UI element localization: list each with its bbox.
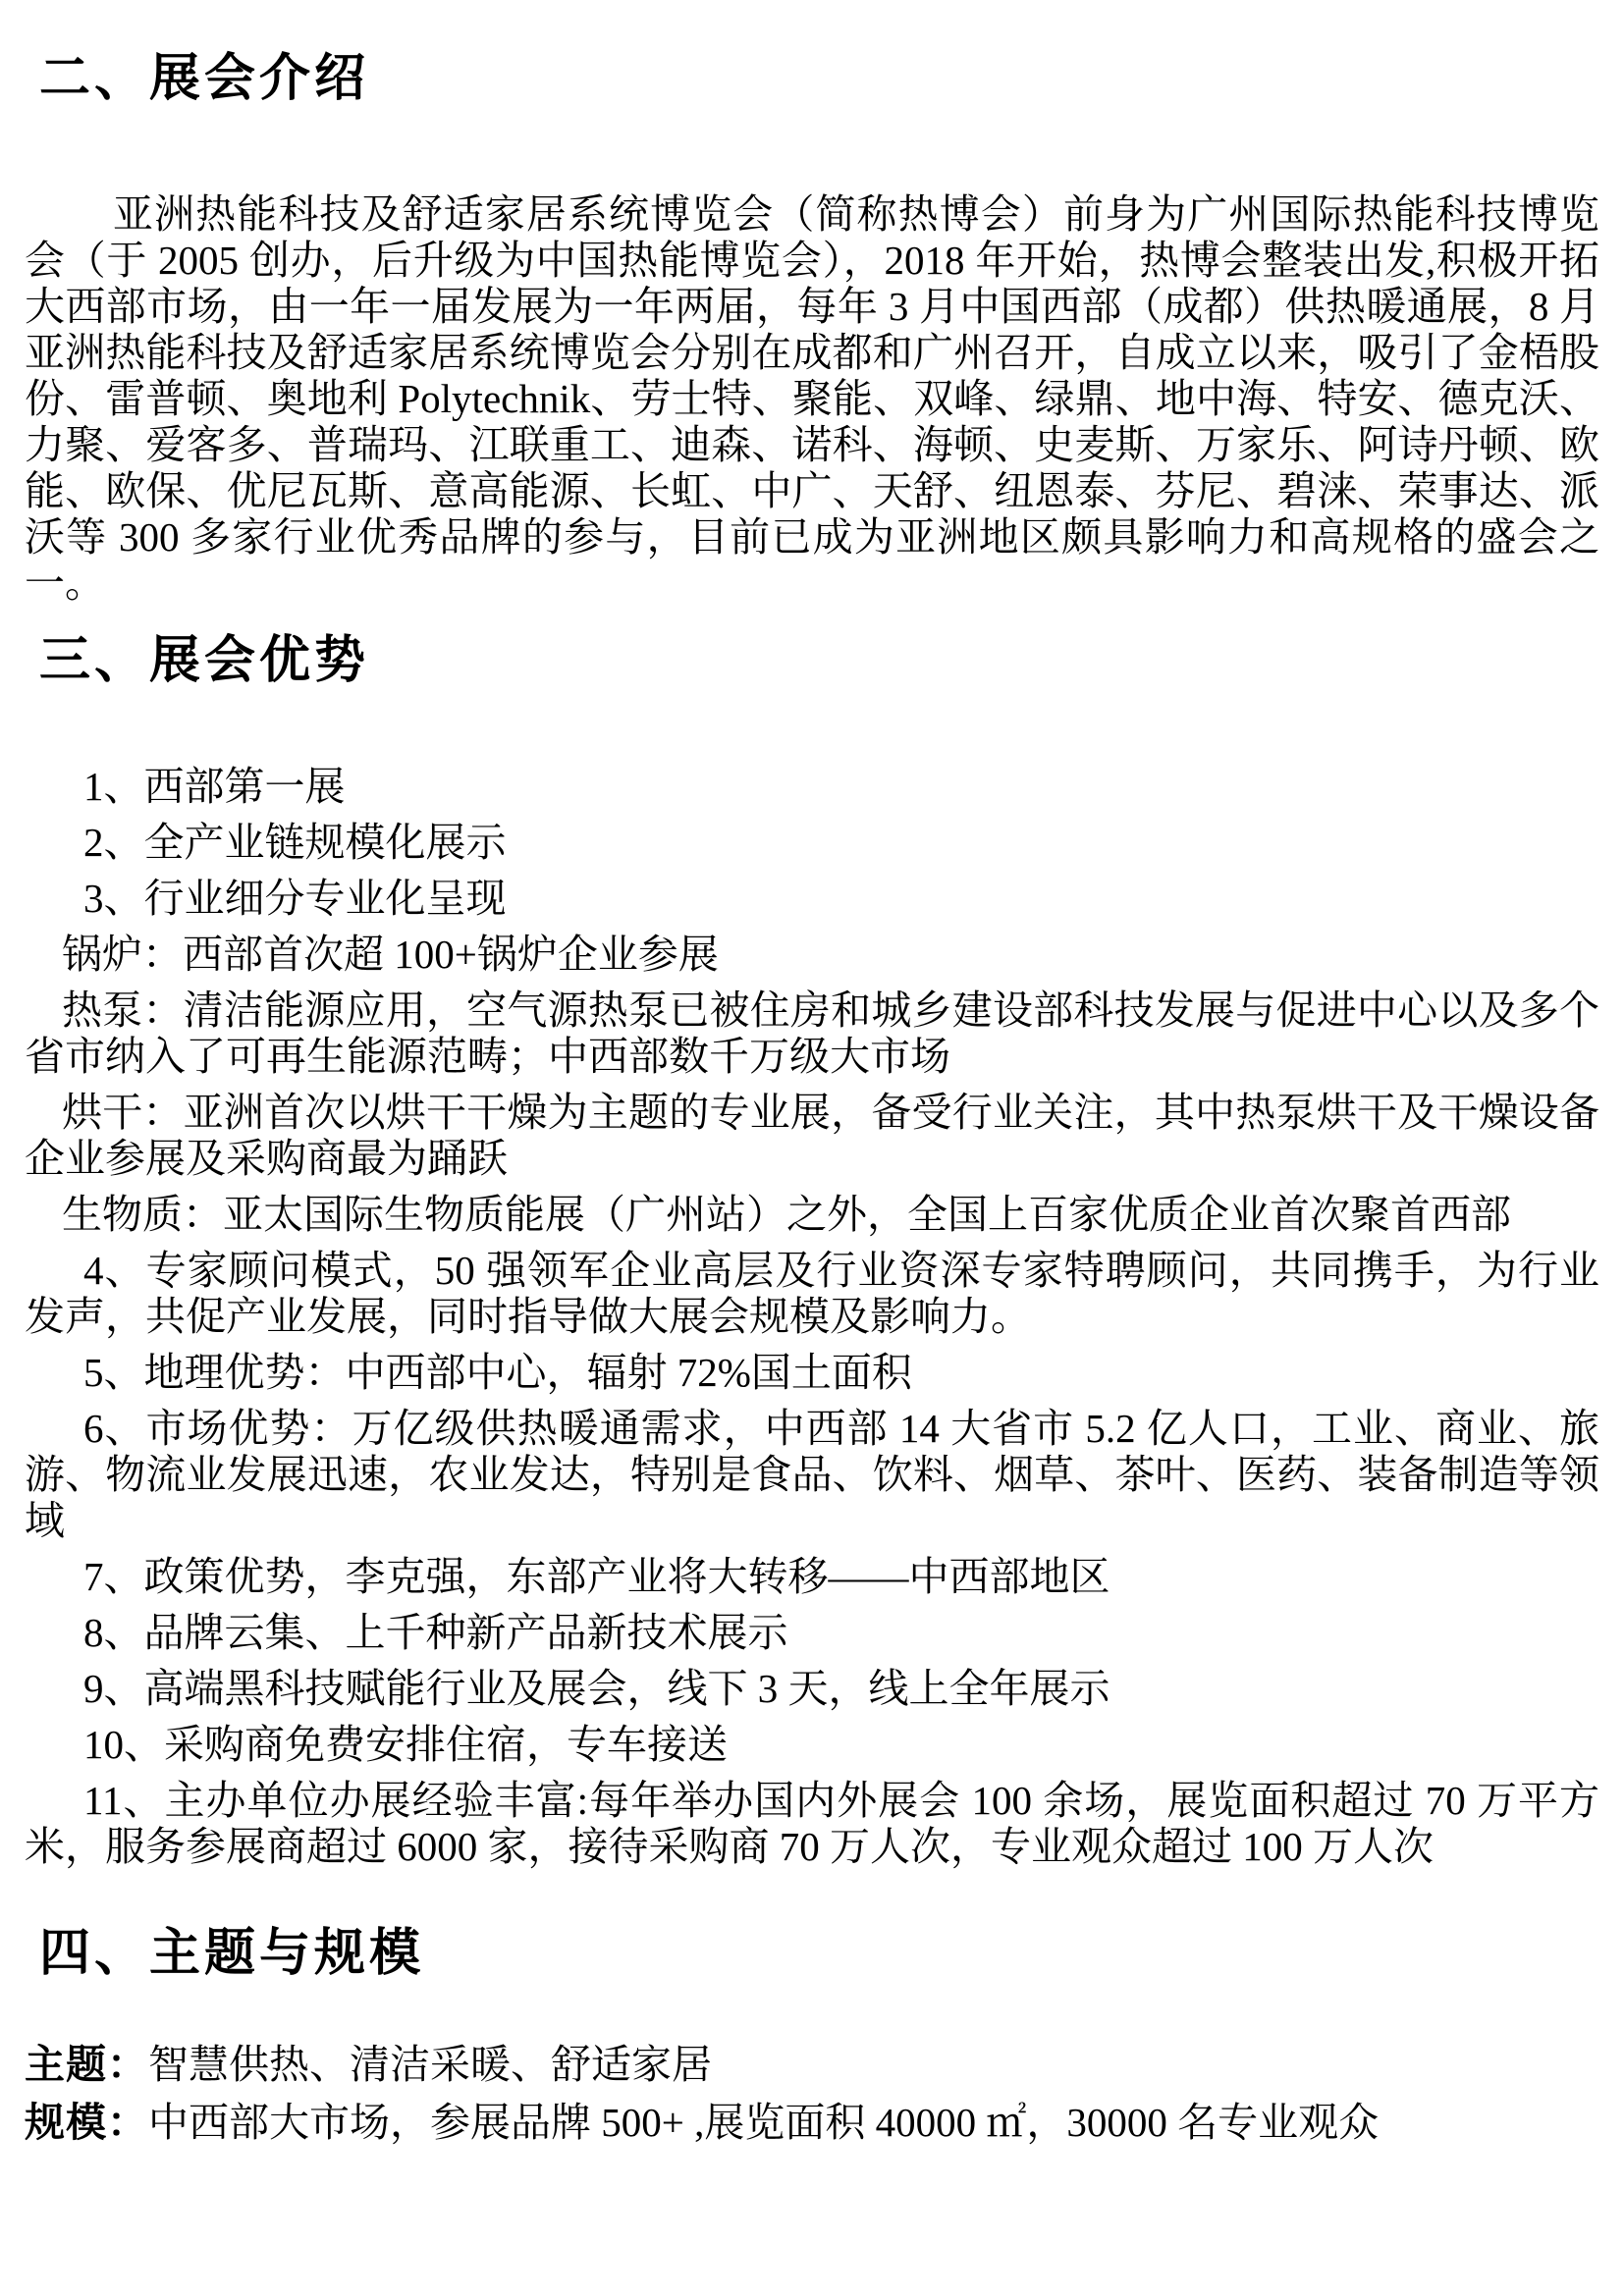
advantage-item-9: 9、高端黑科技赋能行业及展会，线下 3 天，线上全年展示 [25, 1666, 1599, 1712]
advantage-item-heatpump: 热泵：清洁能源应用，空气源热泵已被住房和城乡建设部科技发展与促进中心以及多个省市… [25, 988, 1599, 1080]
scale-row: 规模：中西部大市场，参展品牌 500+ ,展览面积 40000 ㎡，30000 … [25, 2100, 1599, 2146]
advantage-item-drying: 烘干：亚洲首次以烘干干燥为主题的专业展，备受行业关注，其中热泵烘干及干燥设备企业… [25, 1090, 1599, 1182]
advantage-item-11: 11、主办单位办展经验丰富:每年举办国内外展会 100 余场，展览面积超过 70… [25, 1778, 1599, 1870]
theme-value: 智慧供热、清洁采暖、舒适家居 [148, 2042, 712, 2087]
scale-value: 中西部大市场，参展品牌 500+ ,展览面积 40000 ㎡，30000 名专业… [148, 2100, 1379, 2145]
advantage-item-boiler: 锅炉：西部首次超 100+锅炉企业参展 [25, 932, 1599, 978]
section-heading-theme: 四、主题与规模 [39, 1924, 1599, 1983]
section-heading-advantages: 三、展会优势 [39, 631, 1599, 690]
advantage-item-1: 1、西部第一展 [25, 764, 1599, 810]
document-page: 二、展会介绍 亚洲热能科技及舒适家居系统博览会（简称热博会）前身为广州国际热能科… [0, 0, 1624, 2296]
advantage-item-4: 4、专家顾问模式，50 强领军企业高层及行业资深专家特聘顾问，共同携手，为行业发… [25, 1248, 1599, 1340]
scale-label: 规模： [25, 2100, 148, 2145]
advantage-item-2: 2、全产业链规模化展示 [25, 820, 1599, 866]
section-heading-intro: 二、展会介绍 [39, 49, 1599, 108]
advantage-item-10: 10、采购商免费安排住宿，专车接送 [25, 1722, 1599, 1768]
theme-label: 主题： [25, 2042, 148, 2087]
advantage-item-7: 7、政策优势，李克强，东部产业将大转移——中西部地区 [25, 1554, 1599, 1600]
intro-paragraph: 亚洲热能科技及舒适家居系统博览会（简称热博会）前身为广州国际热能科技博览会（于 … [25, 191, 1599, 607]
theme-row: 主题：智慧供热、清洁采暖、舒适家居 [25, 2042, 1599, 2088]
advantage-item-8: 8、品牌云集、上千种新产品新技术展示 [25, 1610, 1599, 1656]
advantage-item-biomass: 生物质：亚太国际生物质能展（广州站）之外，全国上百家优质企业首次聚首西部 [25, 1192, 1599, 1238]
advantage-item-3: 3、行业细分专业化呈现 [25, 876, 1599, 922]
advantage-item-6: 6、市场优势：万亿级供热暖通需求，中西部 14 大省市 5.2 亿人口，工业、商… [25, 1406, 1599, 1544]
advantage-item-5: 5、地理优势：中西部中心，辐射 72%国土面积 [25, 1350, 1599, 1396]
